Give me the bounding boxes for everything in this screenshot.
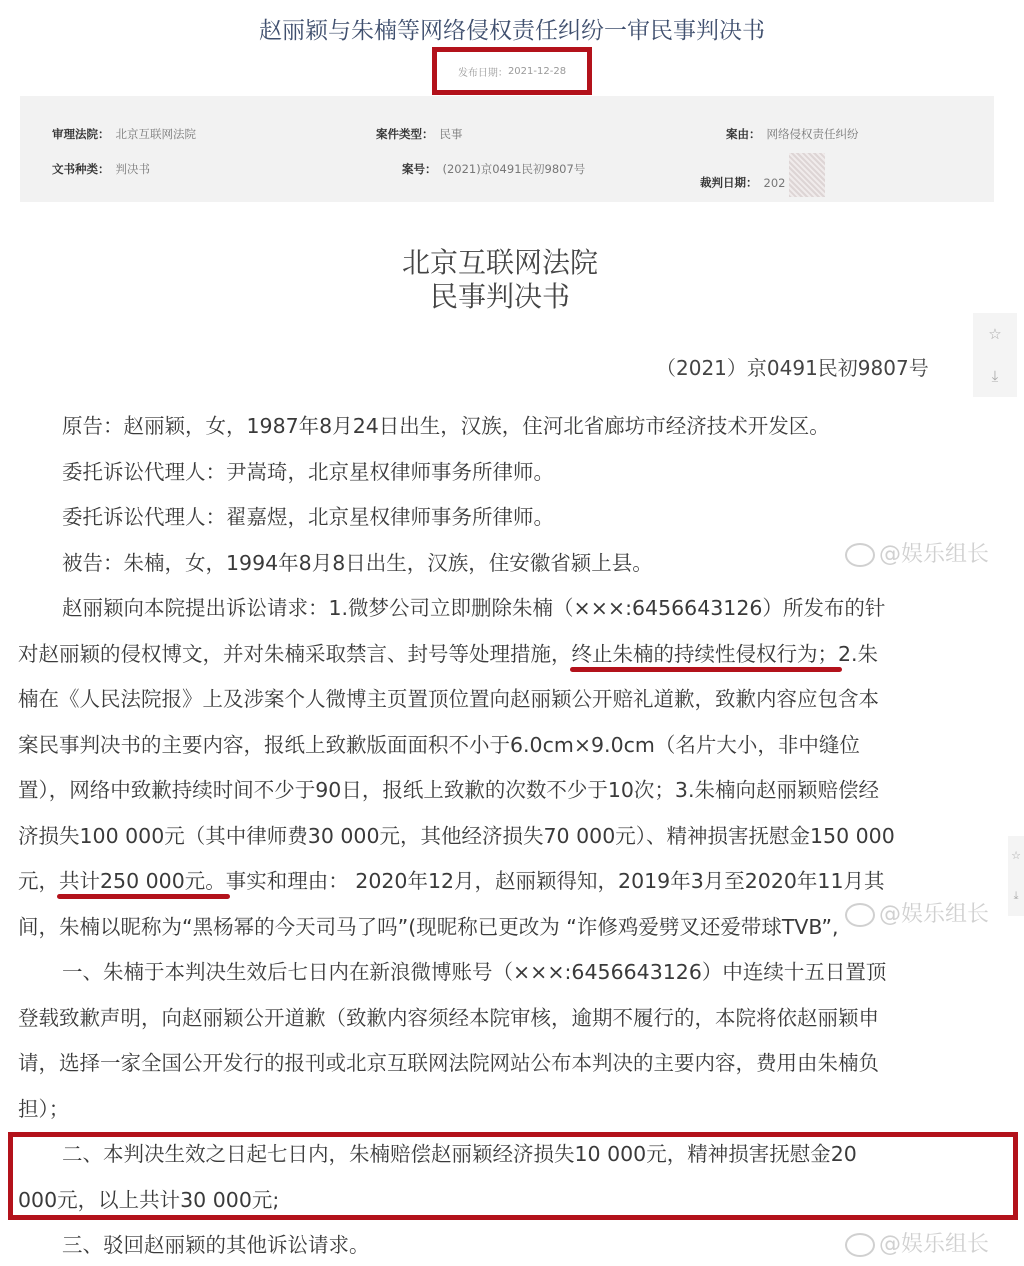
claims-text: 2.朱 — [838, 642, 878, 666]
meta-court: 审理法院：北京互联网法院 — [52, 126, 196, 142]
ruling-1-line-3: 请，选择一家全国公开发行的报刊或北京互联网法院网站公布本判决的主要内容，费用由朱… — [18, 1041, 1008, 1087]
weibo-watermark: @娱乐组长 — [845, 1227, 989, 1258]
favorite-star-icon[interactable]: ☆ — [988, 325, 1001, 343]
meta-case-type-value: 民事 — [440, 127, 463, 141]
weibo-logo-icon — [845, 903, 875, 927]
meta-cause: 案由：网络侵权责任纠纷 — [726, 126, 859, 142]
plaintiff-line: 原告：赵丽颖，女，1987年8月24日出生，汉族，住河北省廊坊市经济技术开发区。 — [18, 404, 1008, 450]
meta-judgment-date-label: 裁判日期： — [700, 176, 758, 190]
meta-court-value: 北京互联网法院 — [116, 127, 197, 141]
download-icon[interactable]: ⤓ — [1014, 889, 1019, 903]
meta-case-type: 案件类型：民事 — [376, 126, 463, 142]
claims-text: 事实和理由： 2020年12月，赵丽颖得知，2019年3月至2020年11月其 — [226, 869, 885, 893]
side-toolbar: ☆ ⤓ — [973, 313, 1017, 397]
court-heading: 北京互联网法院 民事判决书 — [0, 246, 1000, 314]
meta-case-no: 案号：(2021)京0491民初9807号 — [402, 161, 585, 177]
watermark-text: @娱乐组长 — [879, 542, 989, 567]
weibo-logo-icon — [845, 1233, 875, 1257]
claims-text: 元， — [18, 869, 59, 893]
ruling-1-line-1: 一、朱楠于本判决生效后七日内在新浪微博账号（×××:6456643126）中连续… — [18, 950, 1008, 996]
meta-doc-type-label: 文书种类： — [52, 162, 110, 176]
underlined-stop-infringement: 终止朱楠的持续性侵权行为； — [572, 642, 839, 666]
claims-line-1: 赵丽颖向本院提出诉讼请求：1.微梦公司立即删除朱楠（×××:6456643126… — [18, 586, 1008, 632]
publish-date: 2021-12-28 — [508, 66, 566, 77]
ruling-1-line-4: 担）； — [18, 1087, 1008, 1133]
ruling-2-highlight — [8, 1132, 1018, 1220]
publish-date-highlight: 发布日期： 2021-12-28 — [432, 47, 592, 95]
meta-case-type-label: 案件类型： — [376, 127, 434, 141]
meta-cause-label: 案由： — [726, 127, 761, 141]
favorite-star-icon[interactable]: ☆ — [1011, 849, 1021, 862]
underlined-total-claim: 共计250 000元。 — [59, 869, 226, 893]
mosaic-redaction — [789, 153, 825, 197]
weibo-watermark: @娱乐组长 — [845, 897, 989, 928]
meta-doc-type: 文书种类：判决书 — [52, 161, 150, 177]
meta-case-no-value: (2021)京0491民初9807号 — [443, 162, 586, 176]
weibo-watermark: @娱乐组长 — [845, 537, 989, 568]
ruling-1-line-2: 登载致歉声明，向赵丽颖公开道歉（致歉内容须经本院审核，逾期不履行的，本院将依赵丽… — [18, 996, 1008, 1042]
meta-judgment-date-value: 202 — [764, 176, 786, 190]
meta-case-no-label: 案号： — [402, 162, 437, 176]
court-name: 北京互联网法院 — [0, 246, 1000, 280]
claims-line-2: 对赵丽颖的侵权博文，并对朱楠采取禁言、封号等处理措施，终止朱楠的持续性侵权行为；… — [18, 632, 1008, 678]
publish-date-label: 发布日期： — [458, 64, 508, 79]
agent-line-2: 委托诉讼代理人：翟嘉煜，北京星权律师事务所律师。 — [18, 495, 1008, 541]
meta-doc-type-value: 判决书 — [116, 162, 151, 176]
meta-court-label: 审理法院： — [52, 127, 110, 141]
side-toolbar-partial: ☆ ⤓ — [1008, 836, 1024, 916]
case-meta-panel: 审理法院：北京互联网法院 案件类型：民事 案由：网络侵权责任纠纷 文书种类：判决… — [20, 96, 994, 202]
claims-text: 对赵丽颖的侵权博文，并对朱楠采取禁言、封号等处理措施， — [18, 642, 572, 666]
document-case-number: （2021）京0491民初9807号 — [656, 352, 929, 381]
doc-name: 民事判决书 — [0, 280, 1000, 314]
weibo-logo-icon — [845, 543, 875, 567]
claims-line-4: 案民事判决书的主要内容，报纸上致歉版面面积不小于6.0cm×9.0cm（名片大小… — [18, 723, 1008, 769]
claims-line-6: 济损失100 000元（其中律师费30 000元，其他经济损失70 000元）、… — [18, 814, 1008, 860]
watermark-text: @娱乐组长 — [879, 902, 989, 927]
meta-judgment-date: 裁判日期：202 — [700, 161, 825, 205]
download-icon[interactable]: ⤓ — [992, 367, 999, 385]
claims-line-5: 置），网络中致歉持续时间不少于90日，报纸上致歉的次数不少于10次；3.朱楠向赵… — [18, 768, 1008, 814]
meta-cause-value: 网络侵权责任纠纷 — [767, 127, 859, 141]
agent-line-1: 委托诉讼代理人：尹嵩琦，北京星权律师事务所律师。 — [18, 450, 1008, 496]
watermark-text: @娱乐组长 — [879, 1232, 989, 1257]
document-title: 赵丽颖与朱楠等网络侵权责任纠纷一审民事判决书 — [0, 12, 1024, 45]
claims-line-3: 楠在《人民法院报》上及涉案个人微博主页置顶位置向赵丽颖公开赔礼道歉，致歉内容应包… — [18, 677, 1008, 723]
